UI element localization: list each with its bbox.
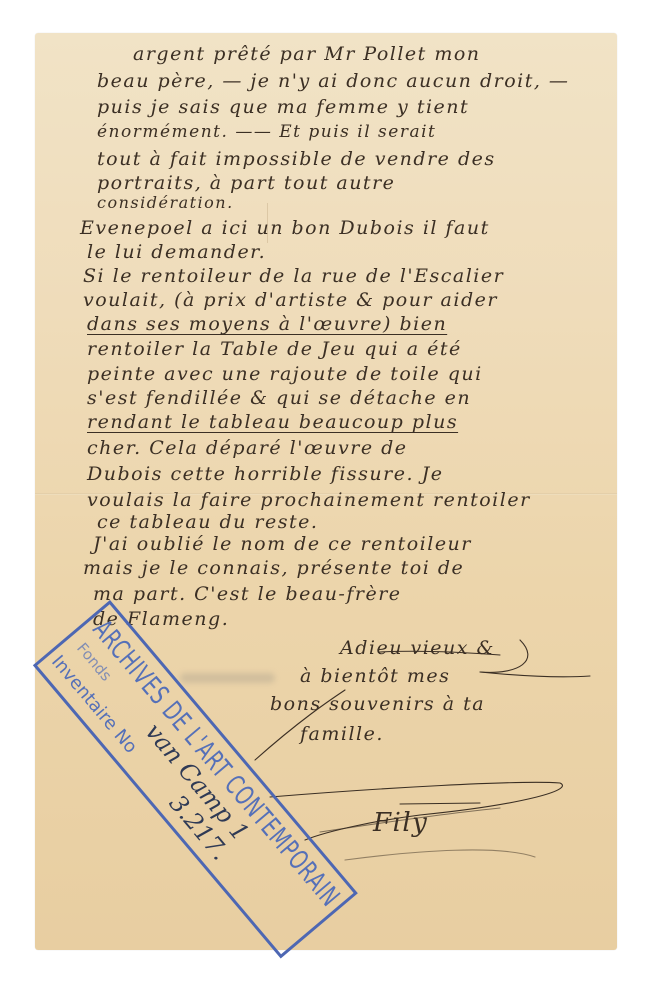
pen-flourishes — [0, 0, 649, 984]
ink-smudge — [180, 673, 275, 683]
